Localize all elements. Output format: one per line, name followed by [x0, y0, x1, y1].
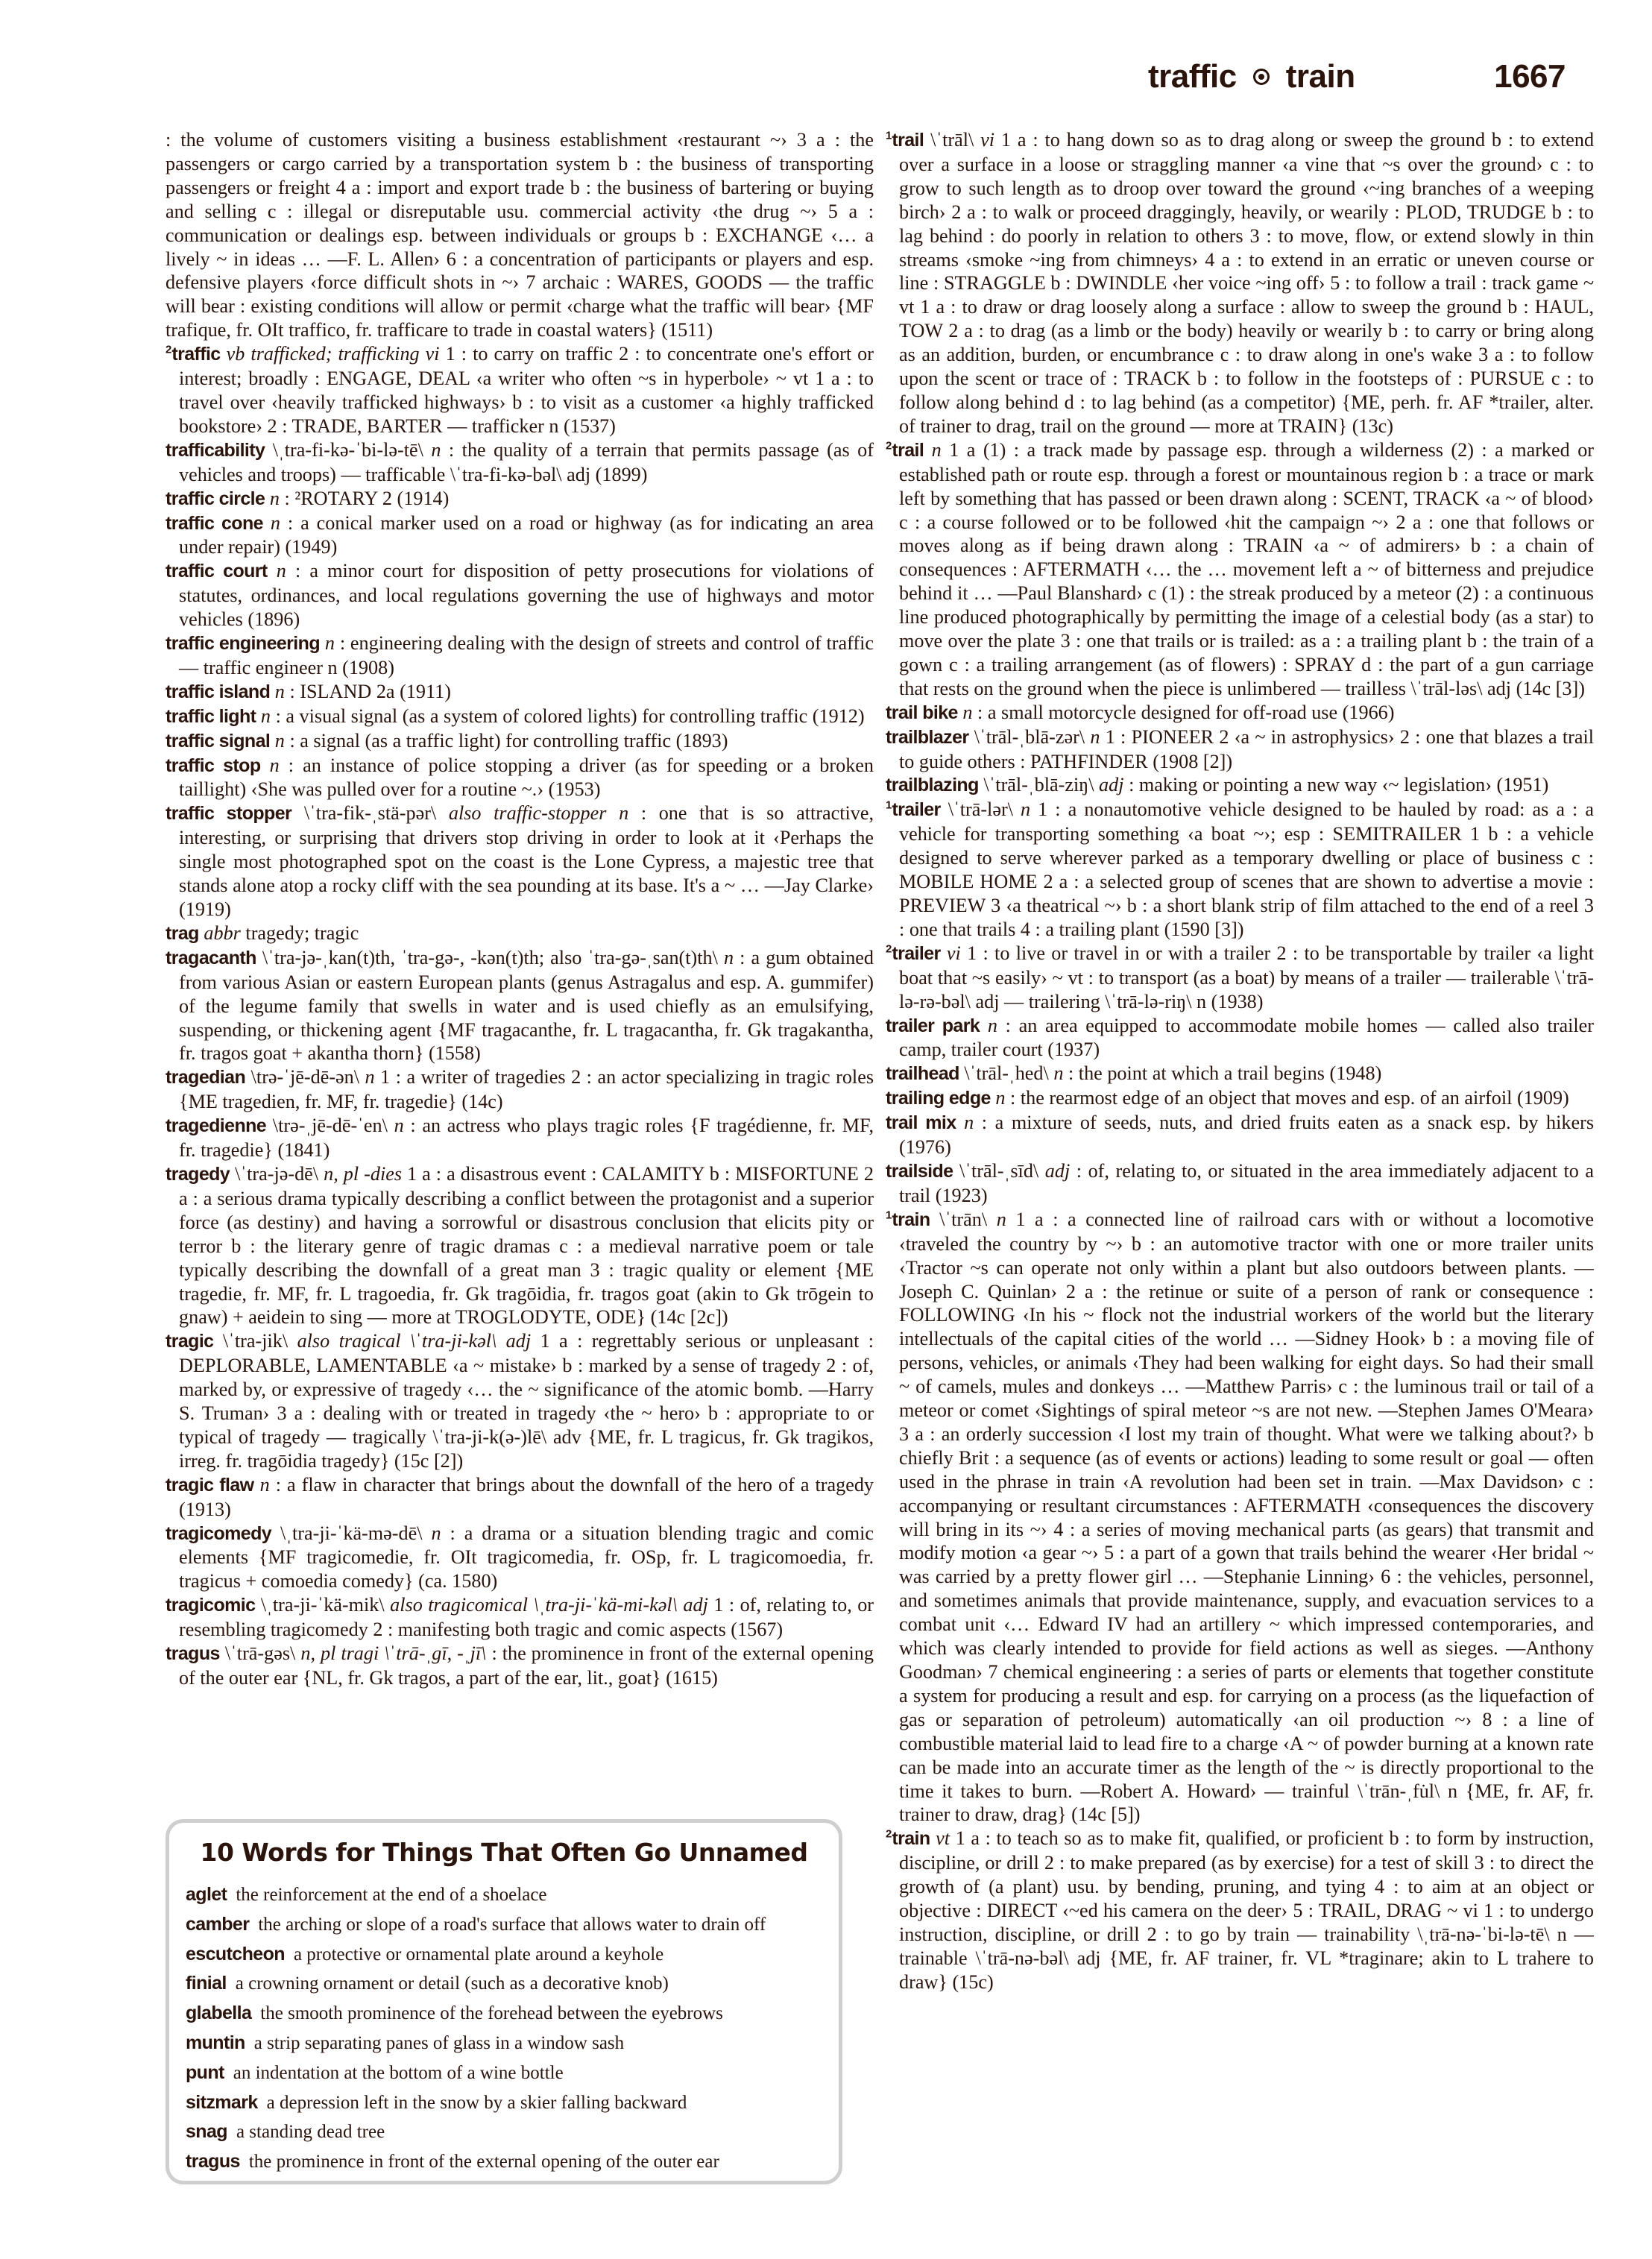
definition-text: : an instance of police stopping a drive… — [179, 754, 874, 801]
headword: traffic stop — [165, 755, 261, 776]
left-column: : the volume of customers visiting a bus… — [165, 128, 874, 1690]
entry-traffic-cone: traffic cone n : a conical marker used o… — [165, 511, 874, 560]
functional-label: n — [724, 947, 734, 968]
functional-label: n, pl tragi \ˈtrā-ˌgī, -ˌjī\ — [300, 1642, 486, 1664]
sidebar-definition: a strip separating panes of glass in a w… — [254, 2033, 624, 2053]
entry-trailing-edge: trailing edge n : the rearmost edge of a… — [886, 1086, 1594, 1111]
headword: trail — [892, 130, 924, 151]
functional-label: n — [394, 1115, 404, 1136]
entry-trail-bike: trail bike n : a small motorcycle design… — [886, 701, 1594, 725]
pronunciation: \ˈtrā-gəs\ — [225, 1642, 296, 1664]
headword: trailblazing — [886, 775, 979, 795]
pronunciation: \ˈtra-fik-ˌstä-pər\ — [304, 802, 436, 824]
functional-label: vi — [947, 942, 961, 964]
page-number: 1667 — [1494, 58, 1566, 95]
entry-trail-n: 2trail n 1 a (1) : a track made by passa… — [886, 438, 1594, 701]
entry-trailside: trailside \ˈtrāl-ˌsīd\ adj : of, relatin… — [886, 1159, 1594, 1208]
definition-text: : a mixture of seeds, nuts, and dried fr… — [899, 1112, 1594, 1158]
sidebar-word: snag — [186, 2121, 227, 2142]
sidebar-item: tragusthe prominence in front of the ext… — [184, 2147, 824, 2177]
sidebar-definition: the prominence in front of the external … — [249, 2152, 719, 2172]
headword: trafficability — [165, 440, 265, 461]
definition-text: 1 a : to hang down so as to drag along o… — [899, 129, 1594, 437]
sidebar-word: aglet — [186, 1884, 227, 1905]
sidebar-box: 10 Words for Things That Often Go Unname… — [165, 1819, 842, 2184]
sidebar-word: muntin — [186, 2032, 245, 2053]
entry-traffic-stopper: traffic stopper \ˈtra-fik-ˌstä-pər\ also… — [165, 801, 874, 921]
pronunciation: \ˌtra-fi-kə-ˈbi-lə-tē\ — [273, 439, 423, 461]
definition-text: : ISLAND 2a (1911) — [289, 681, 451, 702]
definition-text: : an area equipped to accommodate mobile… — [899, 1015, 1594, 1061]
pronunciation: \ˈtrāl-ˌblā-zər\ — [974, 726, 1085, 748]
functional-label: n — [431, 1522, 441, 1544]
guide-words: traffic train — [1148, 58, 1355, 95]
sidebar-definition: a crowning ornament or detail (such as a… — [236, 1973, 669, 1994]
headword: trail — [892, 440, 924, 461]
functional-label: n — [270, 754, 280, 776]
entry-trag: trag abbr tragedy; tragic — [165, 921, 874, 946]
headword: traffic — [171, 344, 220, 365]
definition-text: tragedy; tragic — [245, 922, 359, 944]
entry-traffic-stop: traffic stop n : an instance of police s… — [165, 754, 874, 802]
functional-label: n — [270, 488, 280, 509]
entry-traffic-island: traffic island n : ISLAND 2a (1911) — [165, 680, 874, 705]
functional-label: adj — [1045, 1160, 1070, 1182]
entry-tragic-flaw: tragic flaw n : a flaw in character that… — [165, 1473, 874, 1522]
definition-text: : making or pointing a new way ‹~ legisl… — [1129, 774, 1548, 795]
functional-label: n — [275, 730, 285, 752]
sidebar-definition: a protective or ornamental plate around … — [294, 1944, 663, 1965]
sidebar-definition: the arching or slope of a road's surface… — [258, 1915, 766, 1935]
guide-word-last: train — [1286, 58, 1355, 95]
functional-label: also tragicomical \ˌtra-ji-ˈkä-mi-kəl\ a… — [390, 1594, 708, 1616]
headword: traffic circle — [165, 488, 265, 509]
pronunciation: \ˈtrān\ — [939, 1209, 987, 1230]
sidebar-item: puntan indentation at the bottom of a wi… — [184, 2058, 824, 2088]
entry-trailer-park: trailer park n : an area equipped to acc… — [886, 1014, 1594, 1062]
entry-traffic-cont: : the volume of customers visiting a bus… — [165, 128, 874, 342]
entry-trail-mix: trail mix n : a mixture of seeds, nuts, … — [886, 1111, 1594, 1159]
sidebar-word: finial — [186, 1973, 227, 1994]
functional-label: n — [271, 512, 280, 534]
sidebar-item: agletthe reinforcement at the end of a s… — [184, 1880, 824, 1910]
guide-word-first: traffic — [1148, 58, 1237, 95]
pronunciation: \ˌtra-ji-ˈkä-mə-dē\ — [280, 1522, 422, 1544]
sidebar-item: sitzmarka depression left in the snow by… — [184, 2088, 824, 2118]
sidebar-item: escutcheona protective or ornamental pla… — [184, 1940, 824, 1970]
functional-label: n — [1053, 1062, 1063, 1084]
headword: trailhead — [886, 1063, 959, 1084]
sidebar-word: tragus — [186, 2151, 240, 2172]
entry-traffic-circle: traffic circle n : ²ROTARY 2 (1914) — [165, 487, 874, 511]
entry-train-n: 1train \ˈtrān\ n 1 a : a connected line … — [886, 1208, 1594, 1827]
headword: tragicomic — [165, 1595, 255, 1616]
definition-text: : a visual signal (as a system of colore… — [276, 705, 865, 727]
sidebar-item: muntina strip separating panes of glass … — [184, 2029, 824, 2058]
headword: tragic — [165, 1331, 213, 1352]
functional-label: n — [1090, 726, 1100, 748]
functional-label: n — [962, 702, 972, 723]
pronunciation: \ˈtra-jik\ — [223, 1330, 288, 1352]
entry-tragic: tragic \ˈtra-jik\ also tragical \ˈtra-ji… — [165, 1329, 874, 1472]
functional-label: n — [1021, 798, 1030, 820]
sidebar-definition: an indentation at the bottom of a wine b… — [233, 2063, 564, 2083]
sidebar-item: finiala crowning ornament or detail (suc… — [184, 1969, 824, 1999]
pronunciation: \ˈtrāl-ˌhed\ — [964, 1062, 1048, 1084]
sidebar-item: camberthe arching or slope of a road's s… — [184, 1910, 824, 1940]
definition-text: : a conical marker used on a road or hig… — [179, 512, 874, 558]
functional-label: vi — [980, 129, 994, 151]
pronunciation: \ˈtra-jə-dē\ — [235, 1163, 318, 1185]
headword: tragedy — [165, 1164, 230, 1185]
sidebar-title: 10 Words for Things That Often Go Unname… — [184, 1838, 824, 1867]
headword: trailblazer — [886, 727, 969, 748]
headword: tragicomedy — [165, 1523, 271, 1544]
pronunciation: \ˈtrāl\ — [930, 129, 974, 151]
sidebar-word-list: agletthe reinforcement at the end of a s… — [184, 1880, 824, 2177]
entry-trailer-vi: 2trailer vi 1 : to live or travel in or … — [886, 942, 1594, 1014]
entry-traffic-light: traffic light n : a visual signal (as a … — [165, 705, 874, 729]
sidebar-definition: a standing dead tree — [236, 2122, 385, 2142]
functional-label: vb trafficked; trafficking vi — [227, 343, 440, 365]
functional-label: n — [365, 1066, 375, 1088]
functional-label: vt — [936, 1827, 950, 1849]
headword: traffic court — [165, 561, 268, 582]
sidebar-word: glabella — [186, 2003, 251, 2023]
functional-label: n — [964, 1112, 974, 1133]
headword: traffic engineering — [165, 633, 320, 654]
sidebar-word: sitzmark — [186, 2092, 258, 2113]
headword: trailside — [886, 1161, 953, 1182]
pronunciation: \ˈtrāl-ˌblā-ziŋ\ — [983, 774, 1094, 795]
functional-label: n — [995, 1087, 1005, 1109]
pronunciation: \ˈtra-jə-ˌkan(t)th, ˈtra-gə-, -kən(t)th;… — [262, 947, 718, 968]
definition-text: 1 a : a connected line of railroad cars … — [899, 1209, 1594, 1826]
headword: traffic island — [165, 681, 270, 702]
headword: trailer — [892, 943, 940, 964]
entry-train-vt: 2train vt 1 a : to teach so as to make f… — [886, 1827, 1594, 1994]
headword: tragus — [165, 1643, 220, 1664]
definition-text: 1 a : to teach so as to make fit, qualif… — [899, 1827, 1594, 1992]
pronunciation: \ˈtrāl-ˌsīd\ — [959, 1160, 1038, 1182]
headword: train — [892, 1828, 930, 1849]
definition-text: : ²ROTARY 2 (1914) — [285, 488, 450, 509]
functional-label: n — [325, 632, 335, 654]
functional-label: n — [277, 560, 286, 582]
sidebar-definition: a depression left in the snow by a skier… — [267, 2093, 687, 2113]
sidebar-word: camber — [186, 1914, 249, 1935]
headword: trailing edge — [886, 1088, 991, 1109]
functional-label: n — [431, 439, 441, 461]
headword: trailer park — [886, 1015, 980, 1036]
headword: trail mix — [886, 1112, 956, 1133]
headword: traffic cone — [165, 513, 263, 534]
entry-traffic-signal: traffic signal n : a signal (as a traffi… — [165, 729, 874, 754]
sidebar-item: glabellathe smooth prominence of the for… — [184, 1999, 824, 2029]
functional-label: adj — [1099, 774, 1123, 795]
sidebar-definition: the smooth prominence of the forehead be… — [260, 2003, 723, 2023]
entry-trailer-n: 1trailer \ˈtrā-lər\ n 1 : a nonautomotiv… — [886, 798, 1594, 941]
entry-tragacanth: tragacanth \ˈtra-jə-ˌkan(t)th, ˈtra-gə-,… — [165, 946, 874, 1066]
headword: tragedian — [165, 1067, 245, 1088]
headword: traffic light — [165, 706, 256, 727]
entry-traffic-vb: 2traffic vb trafficked; trafficking vi 1… — [165, 342, 874, 438]
sidebar-item: snaga standing dead tree — [184, 2117, 824, 2147]
functional-label: n — [261, 705, 271, 727]
sidebar-word: escutcheon — [186, 1944, 285, 1965]
functional-label: abbr — [204, 922, 240, 944]
sidebar-definition: the reinforcement at the end of a shoela… — [236, 1885, 546, 1905]
entry-trailblazer: trailblazer \ˈtrāl-ˌblā-zər\ n 1 : PIONE… — [886, 725, 1594, 774]
headword: train — [892, 1209, 930, 1230]
definition-text: 1 : to live or travel in or with a trail… — [899, 942, 1594, 1012]
entry-traffic-engineering: traffic engineering n : engineering deal… — [165, 631, 874, 680]
headword: traffic stopper — [165, 803, 291, 824]
pronunciation: \ˈtrā-lər\ — [948, 798, 1013, 820]
headword: tragic flaw — [165, 1475, 254, 1496]
functional-label: n — [997, 1209, 1006, 1230]
entry-trailblazing: trailblazing \ˈtrāl-ˌblā-ziŋ\ adj : maki… — [886, 773, 1594, 798]
entry-trailhead: trailhead \ˈtrāl-ˌhed\ n : the point at … — [886, 1062, 1594, 1086]
definition-text: : a signal (as a traffic light) for cont… — [289, 730, 728, 752]
functional-label: also traffic-stopper — [449, 802, 607, 824]
definition-text: 1 a (1) : a track made by passage esp. t… — [899, 439, 1594, 699]
entry-tragus: tragus \ˈtrā-gəs\ n, pl tragi \ˈtrā-ˌgī,… — [165, 1642, 874, 1690]
functional-label: n — [988, 1015, 997, 1036]
functional-label: n — [260, 1474, 270, 1496]
entry-trafficability: trafficability \ˌtra-fi-kə-ˈbi-lə-tē\ n … — [165, 438, 874, 487]
pronunciation: \trə-ˈjē-dē-ən\ — [251, 1066, 359, 1088]
right-column: 1trail \ˈtrāl\ vi 1 a : to hang down so … — [886, 128, 1594, 1994]
sidebar-word: punt — [186, 2062, 224, 2083]
definition-text: : a flaw in character that brings about … — [179, 1474, 874, 1520]
entry-tragicomedy: tragicomedy \ˌtra-ji-ˈkä-mə-dē\ n : a dr… — [165, 1522, 874, 1594]
functional-label: n, pl -dies — [324, 1163, 402, 1185]
headword: trag — [165, 923, 199, 944]
pronunciation: \trə-ˌjē-dē-ˈen\ — [273, 1115, 388, 1136]
entry-traffic-court: traffic court n : a minor court for disp… — [165, 559, 874, 631]
headword: traffic signal — [165, 731, 270, 752]
entry-tragedienne: tragedienne \trə-ˌjē-dē-ˈen\ n : an actr… — [165, 1114, 874, 1162]
headword: tragacanth — [165, 948, 256, 968]
definition-text: 1 a : a disastrous event : CALAMITY b : … — [179, 1163, 874, 1328]
headword: trail bike — [886, 702, 958, 723]
entry-tragedian: tragedian \trə-ˈjē-dē-ən\ n 1 : a writer… — [165, 1065, 874, 1114]
functional-label: n — [932, 439, 942, 461]
entry-trail-vi: 1trail \ˈtrāl\ vi 1 a : to hang down so … — [886, 128, 1594, 438]
functional-label: n — [619, 802, 628, 824]
definition-text: : the volume of customers visiting a bus… — [165, 129, 874, 341]
headword: trailer — [892, 799, 940, 820]
pronunciation: \ˌtra-ji-ˈkä-mik\ — [261, 1594, 385, 1616]
running-head: traffic train 1667 — [1148, 58, 1595, 110]
bullet-icon — [1253, 69, 1270, 85]
definition-text: : the rearmost edge of an object that mo… — [1010, 1087, 1569, 1109]
definition-text: : the point at which a trail begins (194… — [1068, 1062, 1381, 1084]
functional-label: n — [275, 681, 285, 702]
headword: tragedienne — [165, 1115, 266, 1136]
entry-tragedy: tragedy \ˈtra-jə-dē\ n, pl -dies 1 a : a… — [165, 1162, 874, 1329]
entry-tragicomic: tragicomic \ˌtra-ji-ˈkä-mik\ also tragic… — [165, 1593, 874, 1642]
functional-label: also tragical \ˈtra-ji-kəl\ adj — [297, 1330, 532, 1352]
definition-text: : a small motorcycle designed for off-ro… — [977, 702, 1394, 723]
